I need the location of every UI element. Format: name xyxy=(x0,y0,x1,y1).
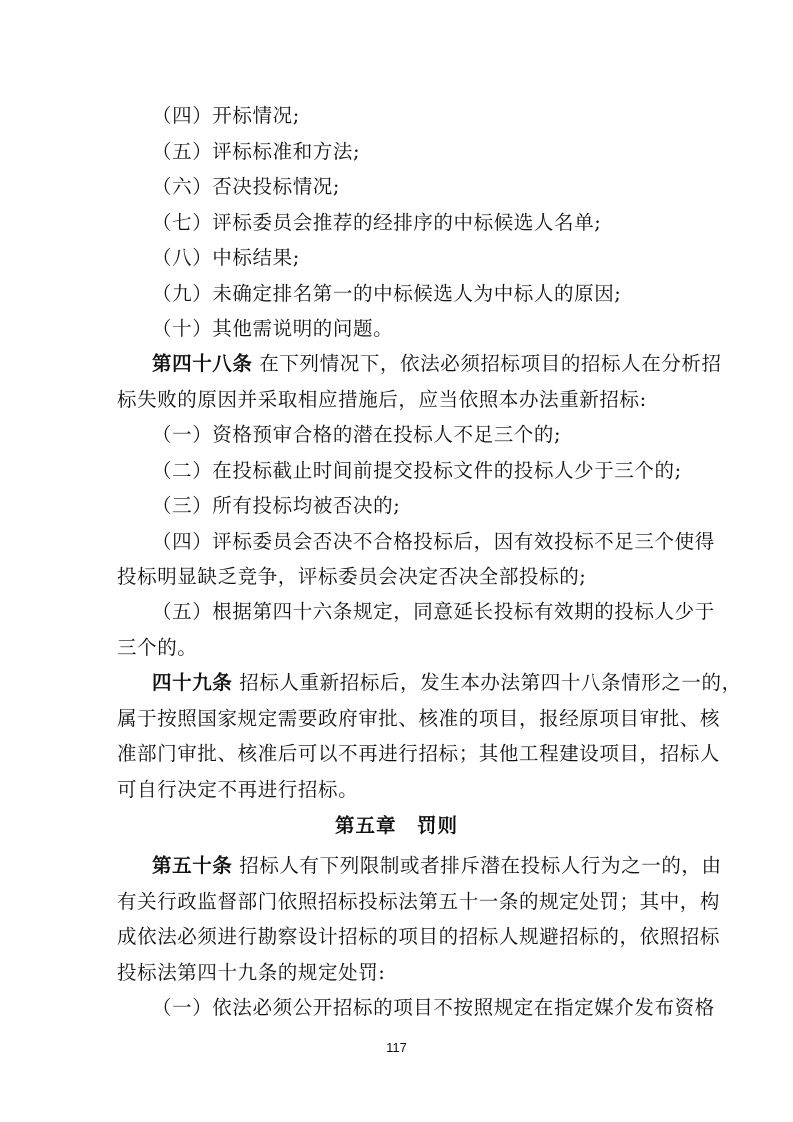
list-item: （三）所有投标均被否决的; xyxy=(152,494,717,518)
article-49-title: 四十九条 xyxy=(152,671,232,694)
list-item: （一）依法必须公开招标的项目不按照规定在指定媒介发布资格 xyxy=(152,996,717,1020)
page-number: 117 xyxy=(0,1040,793,1055)
document-page: （四）开标情况; （五）评标标准和方法; （六）否决投标情况; （七）评标委员会… xyxy=(0,0,793,1122)
list-item: （一）资格预审合格的潜在投标人不足三个的; xyxy=(152,423,717,447)
list-item: （六）否决投标情况; xyxy=(152,175,717,199)
list-item: （二）在投标截止时间前提交投标文件的投标人少于三个的; xyxy=(152,459,717,483)
list-item: （五）评标标准和方法; xyxy=(152,140,717,164)
article-50-text-cont: 投标法第四十九条的规定处罚: xyxy=(117,961,682,985)
list-item: （九）未确定排名第一的中标候选人为中标人的原因; xyxy=(152,282,717,306)
article-49-paragraph: 四十九条 招标人重新招标后，发生本办法第四十八条情形之一的， xyxy=(152,671,717,695)
article-49-text-cont: 属于按照国家规定需要政府审批、核准的项目，报经原项目审批、核 xyxy=(117,707,682,731)
list-item: （七）评标委员会推荐的经排序的中标候选人名单; xyxy=(152,211,717,235)
list-item-cont: 投标明显缺乏竞争，评标委员会决定否决全部投标的; xyxy=(117,565,682,589)
article-50-paragraph: 第五十条 招标人有下列限制或者排斥潜在投标人行为之一的，由 xyxy=(152,854,717,878)
article-48-text: 在下列情况下，依法必须招标项目的招标人在分析招 xyxy=(259,352,721,375)
article-49-text: 招标人重新招标后，发生本办法第四十八条情形之一的， xyxy=(239,671,742,694)
list-item: （五）根据第四十六条规定，同意延长投标有效期的投标人少于 xyxy=(152,600,717,624)
list-item: （四）评标委员会否决不合格投标后，因有效投标不足三个使得 xyxy=(152,530,717,554)
article-48-paragraph: 第四十八条 在下列情况下，依法必须招标项目的招标人在分析招 xyxy=(152,352,717,376)
article-50-text: 招标人有下列限制或者排斥潜在投标人行为之一的，由 xyxy=(239,854,721,877)
list-item: （十）其他需说明的问题。 xyxy=(152,317,717,341)
list-item: （四）开标情况; xyxy=(152,104,717,128)
article-50-text-cont: 有关行政监督部门依照招标投标法第五十一条的规定处罚；其中，构 xyxy=(117,890,682,914)
article-50-title: 第五十条 xyxy=(152,854,232,877)
list-item-cont: 三个的。 xyxy=(117,636,682,660)
article-49-text-cont: 可自行决定不再进行招标。 xyxy=(117,778,682,802)
list-item: （八）中标结果; xyxy=(152,246,717,270)
article-50-text-cont: 成依法必须进行勘察设计招标的项目的招标人规避招标的，依照招标 xyxy=(117,925,682,949)
article-49-text-cont: 准部门审批、核准后可以不再进行招标；其他工程建设项目，招标人 xyxy=(117,742,682,766)
chapter-heading: 第五章 罚则 xyxy=(0,814,793,838)
article-48-text-cont: 标失败的原因并采取相应措施后，应当依照本办法重新招标: xyxy=(117,388,682,412)
article-48-title: 第四十八条 xyxy=(152,352,253,375)
